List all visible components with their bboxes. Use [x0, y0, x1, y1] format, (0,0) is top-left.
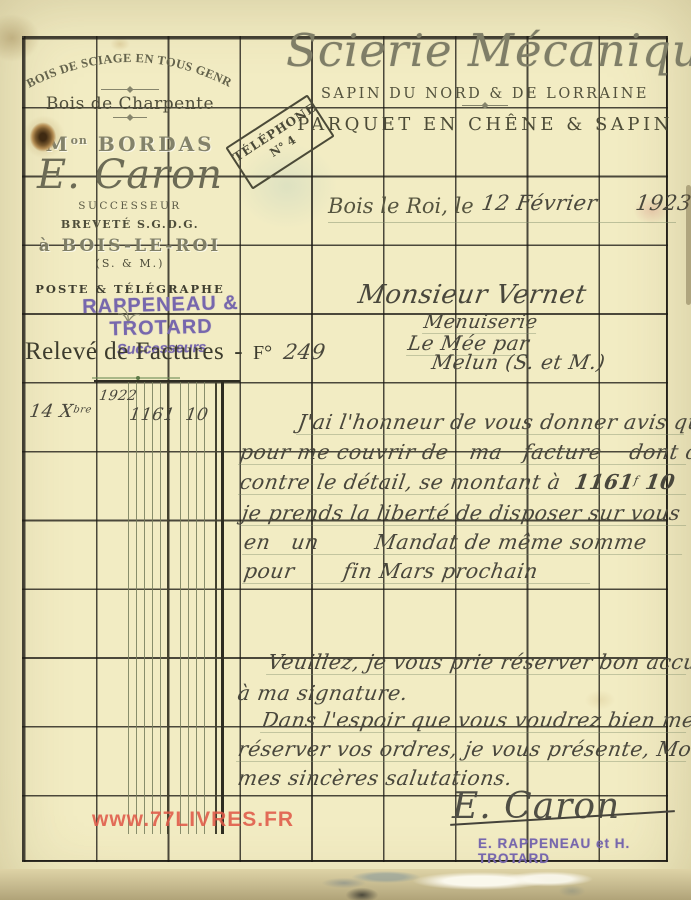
- dateline-date-handwritten: 12 Février: [480, 191, 599, 215]
- ledger-entry-date: 14 Xbre: [28, 401, 93, 422]
- successor-stamp-names: RAPPENEAU & TROTARD: [35, 291, 286, 344]
- ledger-entry-month-sup: bre: [72, 405, 92, 416]
- watermark-url: www.77LIVRES.FR: [92, 808, 294, 832]
- closing-line-2: à ma signature.: [236, 681, 410, 705]
- column-rule: [204, 382, 205, 834]
- statement-dash: -: [234, 338, 243, 366]
- ledger-cents: 10: [184, 405, 210, 425]
- body-line-2: pour me couvrir de ma facture dont ci-: [238, 440, 690, 465]
- column-rule: [188, 382, 189, 834]
- owner-script-name: E. Caron: [24, 152, 236, 198]
- maison-sup: on: [71, 134, 88, 147]
- city-label: à BOIS-LE-ROI: [24, 236, 236, 256]
- column-rule: [136, 382, 137, 834]
- burn-stain: [26, 118, 60, 156]
- successor-label: SUCCESSEUR: [24, 200, 236, 212]
- dateline-place-printed: Bois le Roi, le: [328, 194, 474, 218]
- torn-bottom-edge: [0, 869, 691, 900]
- svg-text:BOIS DE SCIAGE EN TOUS GENRES: BOIS DE SCIAGE EN TOUS GENRES: [24, 38, 235, 91]
- body-amount-sup: f: [633, 474, 640, 487]
- footer-rubber-stamp: E. RAPPENEAU et H. TROTARD: [478, 836, 691, 866]
- company-title-script: Scierie Mécanique: [286, 24, 684, 77]
- product-line-2: PARQUET EN CHÊNE & SAPIN: [286, 114, 684, 135]
- column-rule: [196, 382, 197, 834]
- dateline-year: 1923: [634, 191, 691, 215]
- subtitle-bois-de-charpente: Bois de Charpente: [24, 94, 236, 114]
- body-line-5: en un Mandat de même somme: [242, 530, 686, 555]
- arch-title-text: BOIS DE SCIAGE EN TOUS GENRES: [24, 38, 235, 91]
- ledger-entry-day: 14 X: [28, 401, 75, 422]
- column-rule: [167, 382, 169, 834]
- body-cents: 10: [644, 470, 677, 494]
- folio-number-handwritten: 249: [282, 340, 327, 364]
- column-rule: [152, 382, 153, 834]
- body-line-4: je prends la liberté de disposer sur vou…: [240, 501, 690, 526]
- recipient-name: Monsieur Vernet: [356, 280, 589, 310]
- ledger-year: 1922: [98, 388, 138, 404]
- closing-line-4: réserver vos ordres, je vous présente, M…: [236, 737, 690, 762]
- statement-title: Relevé de Factures: [25, 338, 224, 366]
- letterhead-left: BOIS DE SCIAGE EN TOUS GENRES Bois de Ch…: [24, 30, 236, 330]
- ledger-amount: 1161: [128, 405, 176, 425]
- column-rule: [221, 382, 224, 834]
- closing-line-3: Dans l'espoir que vous voudrez bien me: [260, 708, 690, 733]
- statement-title-row: Relevé de Factures - F° 249: [25, 338, 324, 366]
- dateline-rule: [328, 222, 676, 223]
- amount-columns: [94, 380, 240, 834]
- body-line-3-text: contre le détail, se montant à: [238, 470, 576, 494]
- product-line-1: SAPIN DU NORD & DE LORRAINE: [286, 86, 684, 102]
- body-line-1: J'ai l'honneur de vous donner avis que: [296, 410, 688, 435]
- column-rule: [160, 382, 161, 834]
- green-underline-ornament: [92, 377, 180, 379]
- closing-line-1: Veuillez, je vous prie réserver bon accu…: [266, 650, 690, 675]
- scanned-invoice-letter: BOIS DE SCIAGE EN TOUS GENRES Bois de Ch…: [0, 0, 691, 900]
- right-edge-shadow: [686, 185, 691, 305]
- patent-label: BREVETÉ S.G.D.G.: [24, 218, 236, 231]
- column-rule: [180, 382, 181, 834]
- folio-label: F°: [253, 342, 272, 365]
- diamond-divider-ornament: [101, 89, 159, 90]
- recipient-city: Melun (S. et M.): [430, 350, 607, 374]
- small-divider-ornament: [113, 117, 147, 118]
- body-line-6: pour fin Mars prochain: [242, 559, 594, 584]
- body-amount: 1161: [573, 470, 636, 494]
- column-rule: [128, 382, 129, 834]
- department-label: (S. & M.): [24, 257, 236, 270]
- arrow-divider-ornament: [462, 105, 508, 106]
- column-rule: [144, 382, 145, 834]
- column-rule: [215, 382, 217, 834]
- letterhead-right: Scierie Mécanique SAPIN DU NORD & DE LOR…: [286, 24, 684, 135]
- body-line-3: contre le détail, se montant à 1161f 10: [238, 470, 690, 495]
- signature-script: E. Caron: [452, 786, 620, 827]
